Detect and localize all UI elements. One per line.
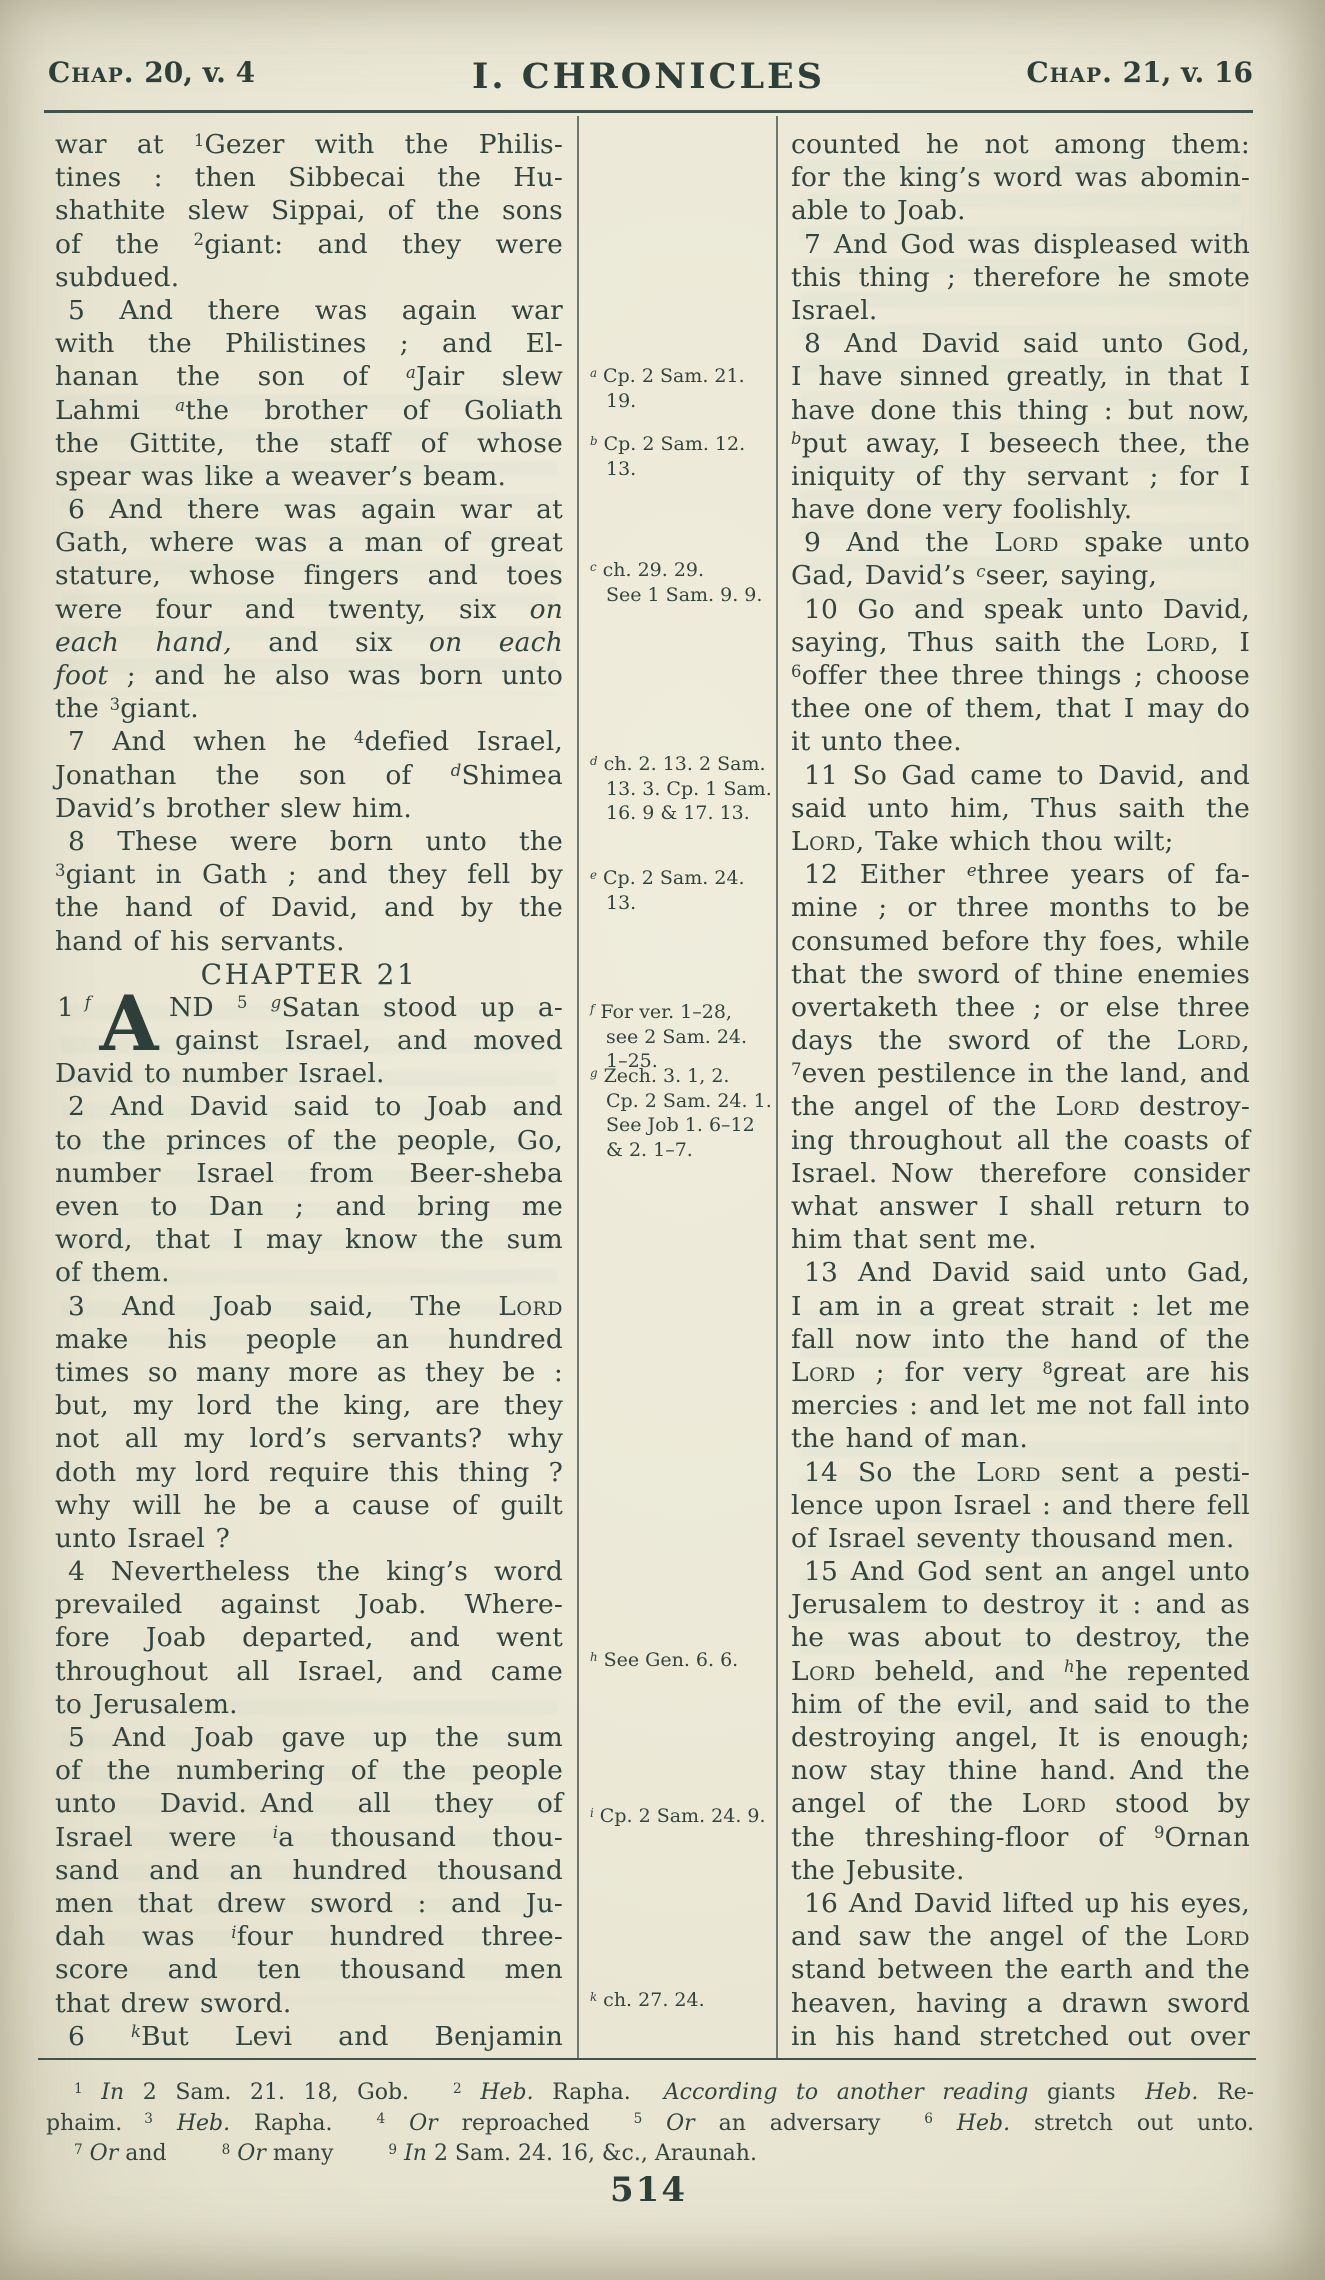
text-line: 14 So the Lord sent a pesti-: [791, 1456, 1250, 1489]
text-line: Lord ; for very 8great are his: [791, 1356, 1250, 1389]
text-line: shathite slew Sippai, of the sons: [55, 194, 563, 227]
text-line: iniquity of thy servant ; for I: [791, 460, 1250, 493]
text-line: stature, whose fingers and toes: [55, 559, 563, 592]
text-line: mercies : and let me not fall into: [791, 1389, 1250, 1422]
text-line: the angel of the Lord destroy-: [791, 1090, 1250, 1123]
text-line: Lord, Take which thou wilt;: [791, 825, 1250, 858]
footnote-line: phaim. 3 Heb. Rapha. 4 Or reproached 5 O…: [46, 2109, 1254, 2140]
text-line: war at 1Gezer with the Philis-: [55, 128, 563, 161]
text-line: 11 So Gad came to David, and: [791, 759, 1250, 792]
text-line: 4 Nevertheless the king’s word: [55, 1555, 563, 1588]
text-line: Gath, where was a man of great: [55, 526, 563, 559]
text-line: destroying angel, It is enough;: [791, 1721, 1250, 1754]
text-line: lence upon Israel : and there fell: [791, 1489, 1250, 1522]
text-line: overtaketh thee ; or else three: [791, 991, 1250, 1024]
text-line: Gad, David’s cseer, saying,: [791, 559, 1250, 592]
header-rule: [44, 110, 1253, 113]
text-line: fore Joab departed, and went: [55, 1621, 563, 1654]
text-line: consumed before thy foes, while: [791, 925, 1250, 958]
text-line: of the numbering of the people: [55, 1754, 563, 1787]
text-line: saying, Thus saith the Lord, I: [791, 626, 1250, 659]
text-line: dah was ifour hundred three-: [55, 1920, 563, 1953]
cross-reference: i Cp. 2 Sam. 24. 9.: [590, 1804, 782, 1829]
text-line: but, my lord the king, are they: [55, 1389, 563, 1422]
text-line: 6 And there was again war at: [55, 493, 563, 526]
text-line: make his people an hundred: [55, 1323, 563, 1356]
text-line: 3 And Joab said, The Lord: [55, 1290, 563, 1323]
right-text-column: counted he not among them:for the king’s…: [791, 128, 1250, 2053]
text-line: throughout all Israel, and came: [55, 1655, 563, 1688]
footnote-line: 1 In 2 Sam. 21. 18, Gob. 2 Heb. Rapha. A…: [46, 2078, 1254, 2109]
text-line: with the Philistines ; and El-: [55, 327, 563, 360]
text-line: ing throughout all the coasts of: [791, 1124, 1250, 1157]
text-line: 5 And there was again war: [55, 294, 563, 327]
text-line: doth my lord require this thing ?: [55, 1456, 563, 1489]
text-line: sand and an hundred thousand: [55, 1854, 563, 1887]
text-line: stand between the earth and the: [791, 1953, 1250, 1986]
left-text-column: A war at 1Gezer with the Philis-tines : …: [55, 128, 563, 2053]
text-line: men that drew sword : and Ju-: [55, 1887, 563, 1920]
text-line: it unto thee.: [791, 725, 1250, 758]
text-line: Lahmi athe brother of Goliath: [55, 394, 563, 427]
text-line: that the sword of thine enemies: [791, 958, 1250, 991]
text-line: 10 Go and speak unto David,: [791, 593, 1250, 626]
text-line: have done very foolishly.: [791, 493, 1250, 526]
text-line: why will he be a cause of guilt: [55, 1489, 563, 1522]
footnote-divider-rule: [38, 2058, 1256, 2060]
text-line: and saw the angel of the Lord: [791, 1920, 1250, 1953]
running-header-right: Chap. 21, v. 16: [44, 56, 1253, 89]
text-line: 12 Either ethree years of fa-: [791, 858, 1250, 891]
text-line: days the sword of the Lord,: [791, 1024, 1250, 1057]
text-line: unto Israel ?: [55, 1522, 563, 1555]
text-line: heaven, having a drawn sword: [791, 1987, 1250, 2020]
text-line: 8 And David said unto God,: [791, 327, 1250, 360]
text-line: bput away, I beseech thee, the: [791, 427, 1250, 460]
text-line: said unto him, Thus saith the: [791, 792, 1250, 825]
cross-reference: b Cp. 2 Sam. 12.13.: [590, 432, 782, 481]
cross-reference: d ch. 2. 13. 2 Sam.13. 3. Cp. 1 Sam.16. …: [590, 752, 782, 826]
text-line: fall now into the hand of the: [791, 1323, 1250, 1356]
cross-reference: a Cp. 2 Sam. 21.19.: [590, 364, 782, 413]
text-line: him that sent me.: [791, 1223, 1250, 1256]
cross-reference: c ch. 29. 29.See 1 Sam. 9. 9.: [590, 558, 782, 607]
text-line: number Israel from Beer-sheba: [55, 1157, 563, 1190]
text-line: what answer I shall return to: [791, 1190, 1250, 1223]
text-line: the hand of David, and by the: [55, 891, 563, 924]
text-line: 8 These were born unto the: [55, 825, 563, 858]
text-line: unto David. And all they of: [55, 1787, 563, 1820]
text-line: mine ; or three months to be: [791, 891, 1250, 924]
text-line: Jonathan the son of dShimea: [55, 759, 563, 792]
text-line: now stay thine hand. And the: [791, 1754, 1250, 1787]
text-line: for the king’s word was abomin-: [791, 161, 1250, 194]
text-line: foot ; and he also was born unto: [55, 659, 563, 692]
text-line: 1 fND 5 gSatan stood up a-: [55, 991, 563, 1024]
text-line: even to Dan ; and bring me: [55, 1190, 563, 1223]
text-line: each hand, and six on each: [55, 626, 563, 659]
footnotes-block: 1 In 2 Sam. 21. 18, Gob. 2 Heb. Rapha. A…: [46, 2078, 1254, 2170]
text-line: able to Joab.: [791, 194, 1250, 227]
text-line: David’s brother slew him.: [55, 792, 563, 825]
text-line: have done this thing : but now,: [791, 394, 1250, 427]
text-line: the Jebusite.: [791, 1854, 1250, 1887]
text-line: Jerusalem to destroy it : and as: [791, 1588, 1250, 1621]
text-line: word, that I may know the sum: [55, 1223, 563, 1256]
text-line: 7 And God was displeased with: [791, 228, 1250, 261]
text-line: prevailed against Joab. Where-: [55, 1588, 563, 1621]
verse-number: 1 f: [57, 991, 91, 1024]
column-rule-left: [577, 116, 579, 2058]
text-line: 3giant in Gath ; and they fell by: [55, 858, 563, 891]
text-line: hand of his servants.: [55, 925, 563, 958]
text-line: the 3giant.: [55, 692, 563, 725]
text-line: 13 And David said unto Gad,: [791, 1256, 1250, 1289]
text-line: were four and twenty, six on: [55, 593, 563, 626]
text-line: of the 2giant: and they were: [55, 228, 563, 261]
text-line: Israel.: [791, 294, 1250, 327]
text-line: to Jerusalem.: [55, 1688, 563, 1721]
text-line: 9 And the Lord spake unto: [791, 526, 1250, 559]
text-line: the threshing-floor of 9Ornan: [791, 1821, 1250, 1854]
text-line: hanan the son of aJair slew: [55, 360, 563, 393]
scanned-book-page: I. CHRONICLES Chap. 20, v. 4 Chap. 21, v…: [0, 0, 1325, 2280]
text-line: times so many more as they be :: [55, 1356, 563, 1389]
text-line: the Gittite, the staff of whose: [55, 427, 563, 460]
page-number: 514: [44, 2170, 1253, 2210]
text-line: of them.: [55, 1256, 563, 1289]
text-line: Lord beheld, and hhe repented: [791, 1655, 1250, 1688]
cross-reference: f For ver. 1–28,see 2 Sam. 24.1–25.: [590, 1000, 782, 1074]
cross-reference: h See Gen. 6. 6.: [590, 1648, 782, 1673]
text-line: I have sinned greatly, in that I: [791, 360, 1250, 393]
text-line: the hand of man.: [791, 1422, 1250, 1455]
text-line: subdued.: [55, 261, 563, 294]
text-line: Israel were ia thousand thou-: [55, 1821, 563, 1854]
text-line: him of the evil, and said to the: [791, 1688, 1250, 1721]
text-line: not all my lord’s servants? why: [55, 1422, 563, 1455]
text-line: spear was like a weaver’s beam.: [55, 460, 563, 493]
cross-reference: g Zech. 3. 1, 2.Cp. 2 Sam. 24. 1.See Job…: [590, 1064, 782, 1162]
text-line: 2 And David said to Joab and: [55, 1090, 563, 1123]
text-line: 16 And David lifted up his eyes,: [791, 1887, 1250, 1920]
footnote-line: 7 Or and 8 Or many 9 In 2 Sam. 24. 16, &…: [46, 2139, 1254, 2170]
text-line: gainst Israel, and moved: [175, 1024, 563, 1057]
text-line: 15 And God sent an angel unto: [791, 1555, 1250, 1588]
text-line: that drew sword.: [55, 1987, 563, 2020]
text-line: this thing ; therefore he smote: [791, 261, 1250, 294]
text-line: 7 And when he 4defied Israel,: [55, 725, 563, 758]
text-line: tines : then Sibbecai the Hu-: [55, 161, 563, 194]
text-line: I am in a great strait : let me: [791, 1290, 1250, 1323]
text-line: angel of the Lord stood by: [791, 1787, 1250, 1820]
text-line: 5 And Joab gave up the sum: [55, 1721, 563, 1754]
text-line: thee one of them, that I may do: [791, 692, 1250, 725]
cross-reference: e Cp. 2 Sam. 24.13.: [590, 866, 782, 915]
text-line: he was about to destroy, the: [791, 1621, 1250, 1654]
text-line: 7even pestilence in the land, and: [791, 1057, 1250, 1090]
text-line: in his hand stretched out over: [791, 2020, 1250, 2053]
text-line: Israel. Now therefore consider: [791, 1157, 1250, 1190]
text-line: score and ten thousand men: [55, 1953, 563, 1986]
cross-reference: k ch. 27. 24.: [590, 1988, 782, 2013]
text-line: counted he not among them:: [791, 128, 1250, 161]
text-line: to the princes of the people, Go,: [55, 1124, 563, 1157]
text-line: 6 kBut Levi and Benjamin: [55, 2020, 563, 2053]
text-line: 6offer thee three things ; choose: [791, 659, 1250, 692]
text-line: of Israel seventy thousand men.: [791, 1522, 1250, 1555]
